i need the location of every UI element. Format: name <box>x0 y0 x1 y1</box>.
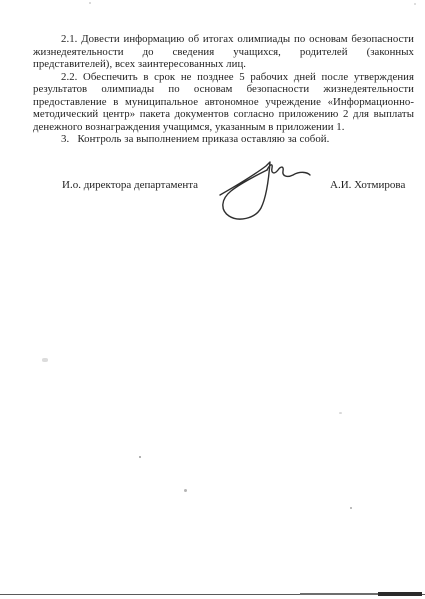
scan-speck <box>89 2 91 4</box>
scan-speck <box>350 507 352 509</box>
scan-edge-artifact <box>378 592 422 596</box>
document-body-text: 2.1. Довести информацию об итогах олимпи… <box>33 33 414 146</box>
document-page: 2.1. Довести информацию об итогах олимпи… <box>0 0 425 599</box>
paragraph-3: 3. Контроль за выполнением приказа остав… <box>33 133 414 146</box>
signatory-title: И.о. директора департамента <box>62 179 198 191</box>
scan-speck <box>139 456 141 458</box>
paragraph-2-1: 2.1. Довести информацию об итогах олимпи… <box>33 33 414 71</box>
handwritten-signature <box>196 157 314 225</box>
signatory-name: А.И. Хотмирова <box>330 179 405 191</box>
scan-speck <box>414 3 416 5</box>
paragraph-2-2: 2.2. Обеспечить в срок не позднее 5 рабо… <box>33 71 414 134</box>
scan-speck <box>42 358 48 362</box>
scan-speck <box>184 489 187 492</box>
scan-speck <box>339 412 342 414</box>
scan-edge-artifact <box>300 593 382 595</box>
